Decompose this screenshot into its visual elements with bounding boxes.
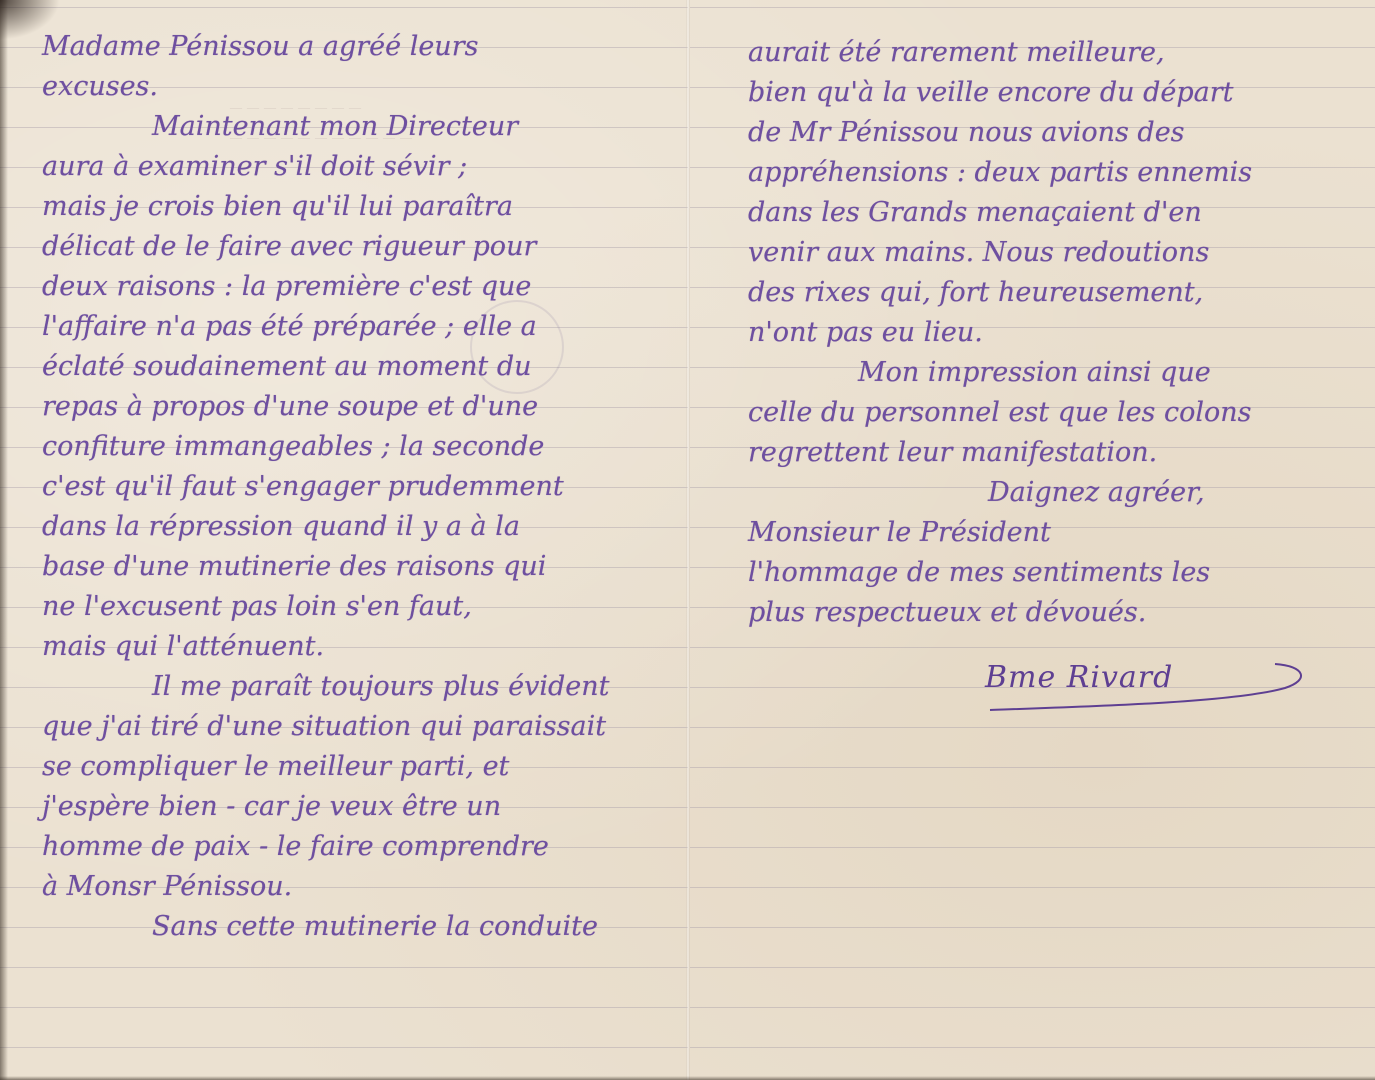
text-line: regrettent leur manifestation. [748,433,1368,473]
text-line: mais qui l'atténuent. [42,627,682,667]
text-line: l'affaire n'a pas été préparée ; elle a [42,307,682,347]
text-line: n'ont pas eu lieu. [748,313,1368,353]
paragraph-start-line: Maintenant mon Directeur [42,107,682,147]
text-line: deux raisons : la première c'est que [42,267,682,307]
text-line: aurait été rarement meilleure, [748,33,1368,73]
page-fold [686,0,690,1080]
text-line: c'est qu'il faut s'engager prudemment [42,467,682,507]
text-line: éclaté soudainement au moment du [42,347,682,387]
left-edge-shadow [0,0,8,1080]
signature-underline-flourish [905,658,1315,718]
text-line: de Mr Pénissou nous avions des [748,113,1368,153]
bottom-edge-shadow [0,1076,1375,1080]
text-line: mais je crois bien qu'il lui paraîtra [42,187,682,227]
text-line: confiture immangeables ; la seconde [42,427,682,467]
left-page-text: Madame Pénissou a agréé leurs excuses. M… [42,27,682,947]
text-line: dans les Grands menaçaient d'en [748,193,1368,233]
text-line: celle du personnel est que les colons [748,393,1368,433]
text-line: appréhensions : deux partis ennemis [748,153,1368,193]
text-line: se compliquer le meilleur parti, et [42,747,682,787]
paragraph-start-line: Il me paraît toujours plus évident [42,667,682,707]
text-line: j'espère bien - car je veux être un [42,787,682,827]
letter-scan: — — — — — — — — — — — — — — — — — — — Ma… [0,0,1375,1080]
text-line: des rixes qui, fort heureusement, [748,273,1368,313]
text-line: bien qu'à la veille encore du départ [748,73,1368,113]
text-line: venir aux mains. Nous redoutions [748,233,1368,273]
text-line: à Monsr Pénissou. [42,867,682,907]
closing-line: l'hommage de mes sentiments les [748,553,1368,593]
text-line: délicat de le faire avec rigueur pour [42,227,682,267]
closing-line: Daignez agréer, [748,473,1368,513]
text-line: Madame Pénissou a agréé leurs [42,27,682,67]
text-line: dans la répression quand il y a à la [42,507,682,547]
paragraph-start-line: Mon impression ainsi que [748,353,1368,393]
text-line: ne l'excusent pas loin s'en faut, [42,587,682,627]
closing-line: Monsieur le Président [748,513,1368,553]
text-line: que j'ai tiré d'une situation qui parais… [42,707,682,747]
right-page-text: aurait été rarement meilleure, bien qu'à… [748,33,1368,633]
text-line: aura à examiner s'il doit sévir ; [42,147,682,187]
text-line: excuses. [42,67,682,107]
text-line: base d'une mutinerie des raisons qui [42,547,682,587]
text-line: repas à propos d'une soupe et d'une [42,387,682,427]
paragraph-start-line: Sans cette mutinerie la conduite [42,907,682,947]
closing-line: plus respectueux et dévoués. [748,593,1368,633]
text-line: homme de paix - le faire comprendre [42,827,682,867]
